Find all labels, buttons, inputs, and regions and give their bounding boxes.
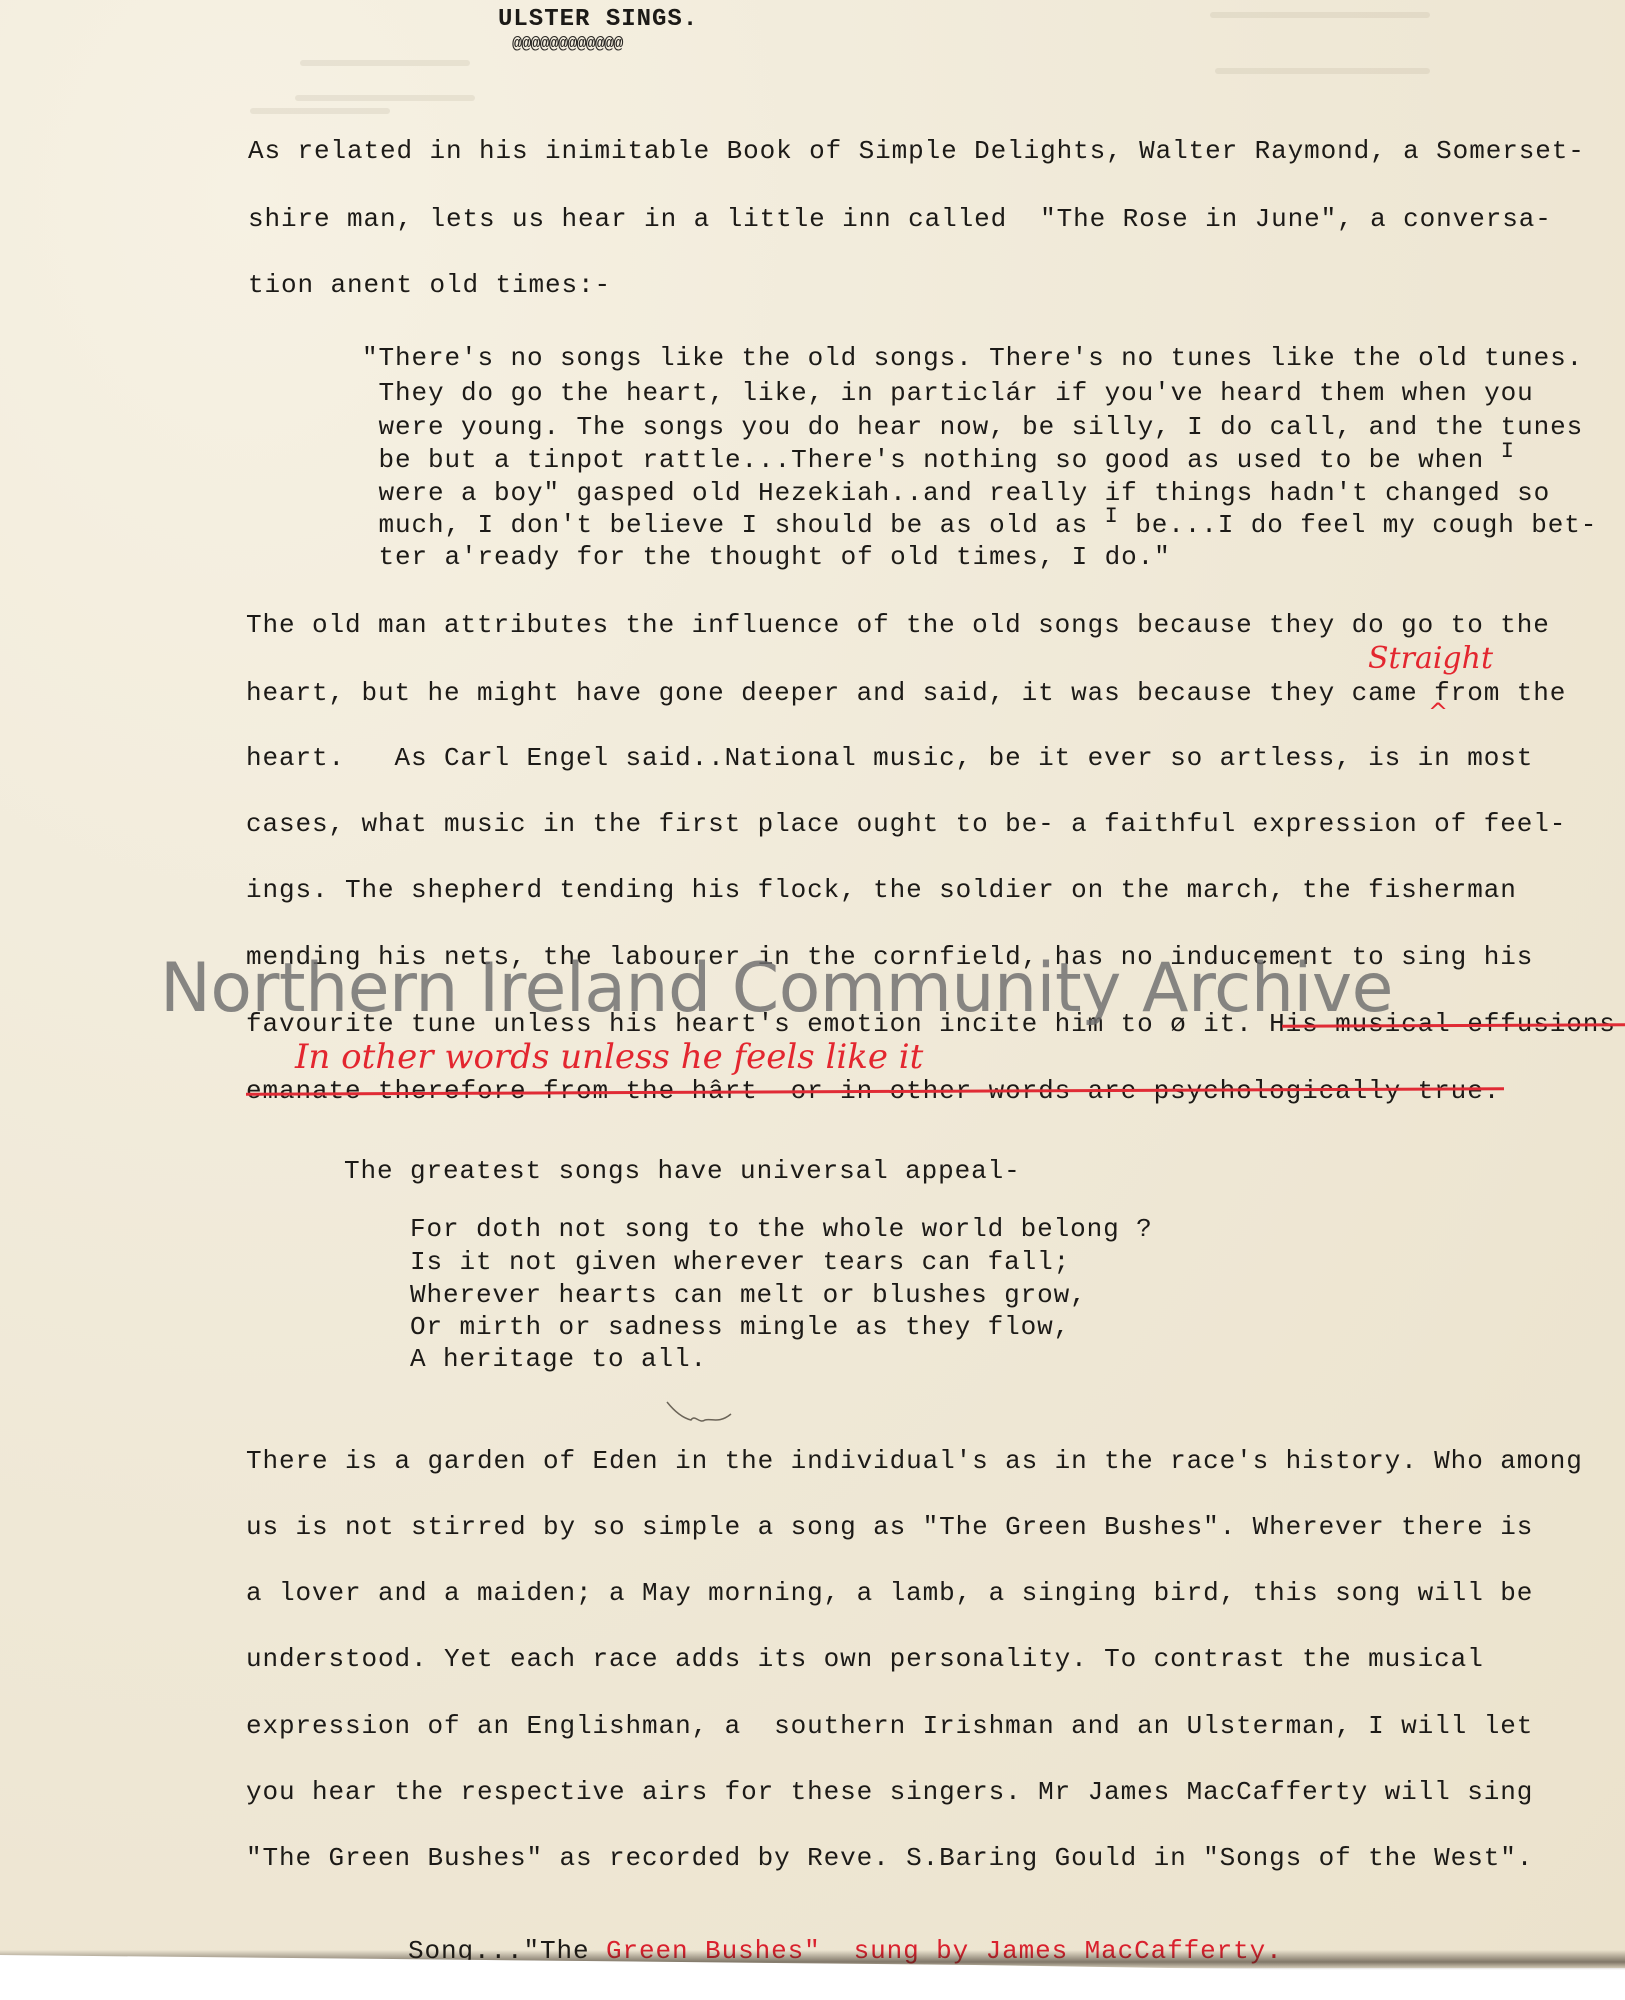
poem-line: Is it not given wherever tears can fall; <box>410 1249 1070 1275</box>
quote-line: "There's no songs like the old songs. Th… <box>362 345 1583 371</box>
show-through-mark <box>300 60 470 66</box>
handwritten-straight: Straight <box>1368 644 1493 674</box>
poem-intro: The greatest songs have universal appeal… <box>344 1158 1021 1184</box>
quote-line: were young. The songs you do hear now, b… <box>362 414 1583 440</box>
paragraph-3-line: expression of an Englishman, a southern … <box>246 1713 1533 1739</box>
poem-line: Or mirth or sadness mingle as they flow, <box>410 1314 1070 1340</box>
insertion-caret-icon: ^ <box>1428 698 1448 726</box>
paragraph-2-line: The old man attributes the influence of … <box>246 612 1550 638</box>
quote-line: ter a'ready for the thought of old times… <box>362 544 1171 570</box>
pencil-scribble-icon <box>665 1400 735 1430</box>
song-title-red: Green Bushes" <box>606 1936 821 1966</box>
paragraph-3-line: "The Green Bushes" as recorded by Reve. … <box>246 1845 1533 1871</box>
song-performer-red: sung by James MacCafferty. <box>821 1936 1283 1966</box>
page-title: ULSTER SINGS. <box>498 8 698 32</box>
poem-line: A heritage to all. <box>410 1346 707 1372</box>
quote-line: much, I don't believe I should be as old… <box>362 512 1597 538</box>
show-through-mark <box>1215 68 1430 74</box>
song-line: Song..."The Green Bushes" sung by James … <box>342 1912 1283 1990</box>
paragraph-3-line: us is not stirred by so simple a song as… <box>246 1514 1533 1540</box>
paragraph-1-line: shire man, lets us hear in a little inn … <box>248 206 1552 232</box>
show-through-mark <box>250 108 390 114</box>
paragraph-1-line: tion anent old times:- <box>248 272 611 298</box>
paragraph-3-line: There is a garden of Eden in the individ… <box>246 1448 1583 1474</box>
show-through-mark <box>295 95 475 101</box>
song-prefix: Song..."The <box>408 1936 606 1966</box>
quote-line: were a boy" gasped old Hezekiah..and rea… <box>362 480 1550 506</box>
paragraph-2-line: ings. The shepherd tending his flock, th… <box>246 877 1517 903</box>
quote-line-text: be...I do feel my cough bet- <box>1119 510 1598 540</box>
document-page: ULSTER SINGS. @@@@@@@@@@@@ As related in… <box>0 0 1625 1968</box>
poem-line: For doth not song to the whole world bel… <box>410 1216 1153 1242</box>
quote-line-text: much, I don't believe I should be as old… <box>362 510 1105 540</box>
quote-line-text: be but a tinpot rattle...There's nothing… <box>362 445 1501 475</box>
quote-line: They do go the heart, like, in particlár… <box>362 380 1534 406</box>
title-underline: @@@@@@@@@@@@ <box>512 36 622 53</box>
superscript-i: I <box>1501 439 1515 464</box>
paragraph-3-line: you hear the respective airs for these s… <box>246 1779 1533 1805</box>
handwritten-insert: In other words unless he feels like it <box>295 1040 923 1074</box>
paragraph-1-line: As related in his inimitable Book of Sim… <box>248 138 1585 164</box>
show-through-mark <box>1210 12 1430 18</box>
paragraph-2-line: heart, but he might have gone deeper and… <box>246 680 1566 706</box>
superscript-i: I <box>1105 504 1119 529</box>
paragraph-2-line: cases, what music in the first place oug… <box>246 811 1566 837</box>
paragraph-3-line: a lover and a maiden; a May morning, a l… <box>246 1580 1533 1606</box>
quote-line: be but a tinpot rattle...There's nothing… <box>362 447 1515 473</box>
paragraph-2-line: heart. As Carl Engel said..National musi… <box>246 745 1533 771</box>
paragraph-3-line: understood. Yet each race adds its own p… <box>246 1646 1484 1672</box>
poem-line: Wherever hearts can melt or blushes grow… <box>410 1282 1087 1308</box>
watermark: Northern Ireland Community Archive <box>160 955 1393 1023</box>
